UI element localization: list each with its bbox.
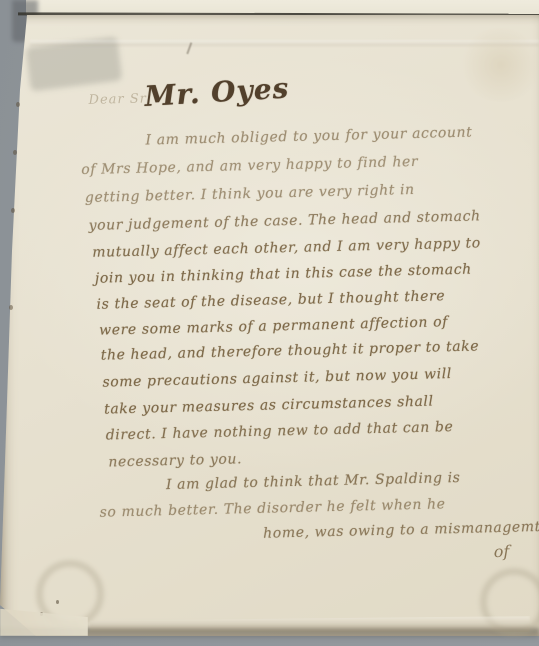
manuscript-photo: Dear Sr Mr. Oyes I am much obliged to yo… [0, 0, 539, 646]
letter-line: mutually affect each other, and I am ver… [92, 235, 481, 260]
handwritten-text: Dear Sr Mr. Oyes I am much obliged to yo… [0, 0, 539, 646]
letter-line: so much better. The disorder he felt whe… [99, 496, 445, 520]
letter-line: of Mrs Hope, and am very happy to find h… [81, 154, 418, 178]
letter-line: I am glad to think that Mr. Spalding is [166, 470, 461, 493]
letter-line: getting better. I think you are very rig… [85, 182, 415, 206]
letter-line: home, was owing to a mismanagemt [263, 519, 539, 542]
letter-line: join you in thinking that in this case t… [95, 262, 472, 287]
letter-line: were some marks of a permanent affection… [99, 314, 448, 339]
letter-line: direct. I have nothing new to add that c… [106, 419, 454, 443]
salutation: Dear Sr [88, 91, 147, 107]
letter-line: necessary to you. [108, 451, 242, 470]
letter-line: I am much obliged to you for your accoun… [145, 124, 472, 148]
letter-line: the head, and therefore thought it prope… [101, 338, 480, 363]
letter-heading: Mr. Oyes [144, 71, 291, 113]
letter-line: take your measures as circumstances shal… [104, 394, 434, 418]
catchword: of [493, 542, 509, 561]
letter-line: your judgement of the case. The head and… [88, 208, 480, 234]
letter-line: some precautions against it, but now you… [102, 366, 452, 391]
letter-line: is the seat of the disease, but I though… [96, 288, 445, 313]
